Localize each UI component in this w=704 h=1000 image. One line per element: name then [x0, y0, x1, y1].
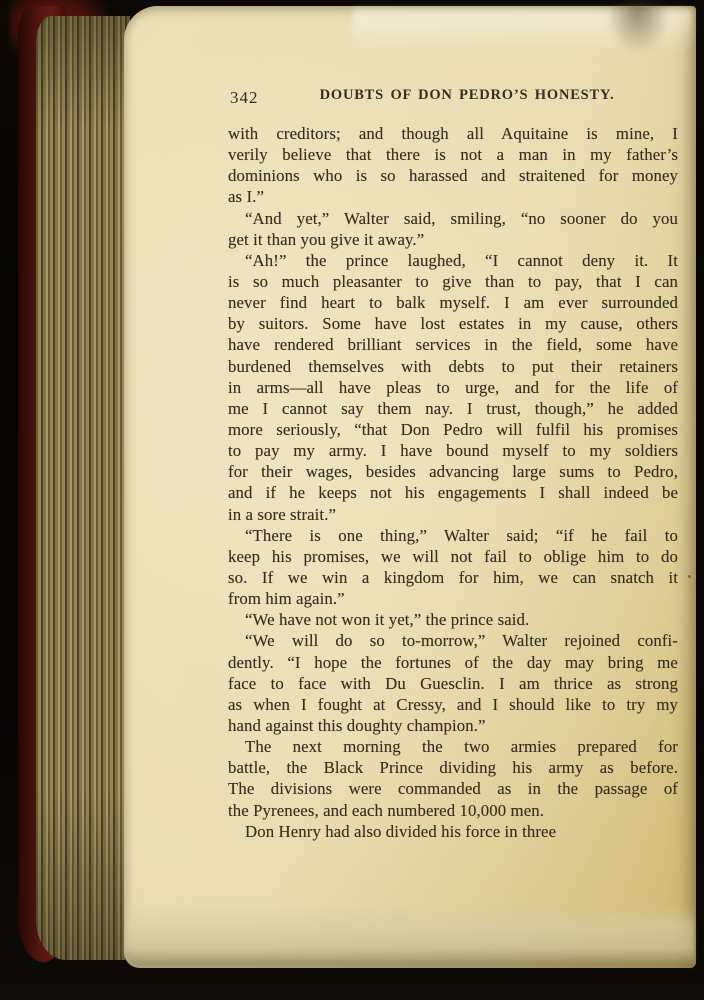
- page-text: with creditors; and though all Aquitaine…: [228, 124, 678, 843]
- text-line: battle, the Black Prince dividing his ar…: [228, 758, 678, 779]
- text-line: more seriously, “that Don Pedro will ful…: [228, 420, 678, 441]
- text-line: dently. “I hope the fortunes of the day …: [228, 653, 678, 674]
- page-header: 342 DOUBTS OF DON PEDRO’S HONESTY.: [228, 87, 680, 104]
- text-line: get it than you give it away.”: [228, 230, 678, 251]
- book-page: 342 DOUBTS OF DON PEDRO’S HONESTY. with …: [124, 6, 696, 968]
- text-line: as I.”: [228, 187, 678, 208]
- text-line: the Pyrenees, and each numbered 10,000 m…: [228, 801, 678, 822]
- text-line: by suitors. Some have lost estates in my…: [228, 314, 678, 335]
- text-line: me I cannot say them nay. I trust, thoug…: [228, 399, 678, 420]
- text-line: The next morning the two armies prepared…: [228, 737, 678, 758]
- text-line: keep his promises, we will not fail to o…: [228, 547, 678, 568]
- text-line: with creditors; and though all Aquitaine…: [228, 124, 678, 145]
- text-line: verily believe that there is not a man i…: [228, 145, 678, 166]
- text-line: never find heart to balk myself. I am ev…: [228, 293, 678, 314]
- text-line: The divisions were commanded as in the p…: [228, 779, 678, 800]
- text-line: from him again.”: [228, 589, 678, 610]
- text-line: have rendered brilliant services in the …: [228, 335, 678, 356]
- text-line: in a sore strait.”: [228, 505, 678, 526]
- page-number: 342: [230, 88, 259, 108]
- text-line: in arms—all have pleas to urge, and for …: [228, 378, 678, 399]
- text-line: hand against this doughty champion.”: [228, 716, 678, 737]
- text-line: “We have not won it yet,” the prince sai…: [228, 610, 678, 631]
- running-header: DOUBTS OF DON PEDRO’S HONESTY.: [228, 87, 680, 104]
- text-line: burdened themselves with debts to put th…: [228, 357, 678, 378]
- text-line: is so much pleasanter to give than to pa…: [228, 272, 678, 293]
- text-line: “Ah!” the prince laughed, “I cannot deny…: [228, 251, 678, 272]
- text-line: “There is one thing,” Walter said; “if h…: [228, 526, 678, 547]
- text-line: so. If we win a kingdom for him, we can …: [228, 568, 678, 589]
- text-line: dominions who is so harassed and straite…: [228, 166, 678, 187]
- text-line: “And yet,” Walter said, smiling, “no soo…: [228, 209, 678, 230]
- text-line: as when I fought at Cressy, and I should…: [228, 695, 678, 716]
- text-line: Don Henry had also divided his force in …: [228, 822, 678, 843]
- scan-bottom-blur: [126, 904, 694, 966]
- text-line: face to face with Du Guesclin. I am thri…: [228, 674, 678, 695]
- text-line: and if he keeps not his engagements I sh…: [228, 483, 678, 504]
- paper-speck: [688, 575, 691, 578]
- scan-shadow-smudge: [606, 2, 670, 54]
- text-line: “We will do so to-morrow,” Walter rejoin…: [228, 631, 678, 652]
- book-scan-photo: 342 DOUBTS OF DON PEDRO’S HONESTY. with …: [0, 0, 704, 1000]
- text-line: to pay my army. I have bound myself to m…: [228, 441, 678, 462]
- book-fanned-page-edges: [36, 16, 130, 960]
- text-line: for their wages, besides advancing large…: [228, 462, 678, 483]
